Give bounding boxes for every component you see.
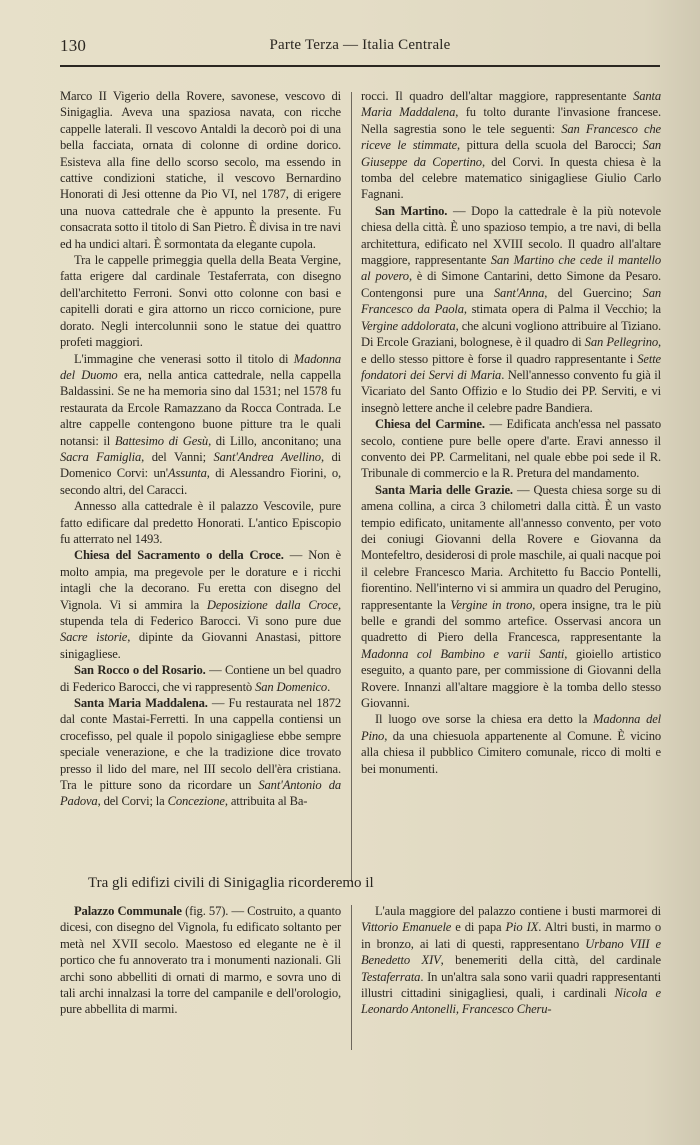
- paragraph-aula-maggiore: L'aula maggiore del palazzo contiene i b…: [361, 903, 661, 1018]
- section-intro: Tra gli edifizi civili di Sinigaglia ric…: [60, 875, 660, 892]
- paragraph-cathedral-history: Marco II Vigerio della Rovere, savonese,…: [60, 88, 341, 252]
- paragraph-san-martino: San Martino. — Dopo la cattedrale è la p…: [361, 203, 661, 416]
- section-heading: San Rocco o del Rosario.: [74, 663, 206, 677]
- bottom-left-column: Palazzo Communale (fig. 57). — Costruito…: [60, 903, 341, 1018]
- section-heading: Santa Maria delle Grazie.: [375, 483, 513, 497]
- paragraph-madonna-del-pino: Il luogo ove sorse la chiesa era detto l…: [361, 711, 661, 777]
- section-heading: Santa Maria Maddalena.: [74, 696, 208, 710]
- paragraph-maddalena-continued: rocci. Il quadro dell'altar maggiore, ra…: [361, 88, 661, 203]
- section-heading: Chiesa del Sacramento o della Croce.: [74, 548, 284, 562]
- paragraph-palazzo-vescovile: Annesso alla cattedrale è il palazzo Ves…: [60, 498, 341, 547]
- paragraph-santa-maria-maddalena: Santa Maria Maddalena. — Fu restaurata n…: [60, 695, 341, 810]
- running-title: Parte Terza — Italia Centrale: [60, 37, 660, 54]
- paragraph-madonna-del-duomo: L'immagine che venerasi sotto il titolo …: [60, 351, 341, 499]
- book-page: 130 Parte Terza — Italia Centrale Marco …: [0, 0, 700, 1145]
- column-divider: [351, 92, 352, 882]
- running-header: 130 Parte Terza — Italia Centrale: [60, 36, 660, 58]
- paragraph-santa-maria-grazie: Santa Maria delle Grazie. — Questa chies…: [361, 482, 661, 712]
- section-heading: San Martino.: [375, 204, 447, 218]
- paragraph-chiesa-sacramento: Chiesa del Sacramento o della Croce. — N…: [60, 547, 341, 662]
- paragraph-san-rocco: San Rocco o del Rosario. — Contiene un b…: [60, 662, 341, 695]
- paragraph-cappella-beata-vergine: Tra le cappelle primeggia quella della B…: [60, 252, 341, 350]
- left-column: Marco II Vigerio della Rovere, savonese,…: [60, 88, 341, 810]
- section-heading: Chiesa del Carmine.: [375, 417, 485, 431]
- section-heading: Palazzo Communale: [74, 904, 182, 918]
- right-column: rocci. Il quadro dell'altar maggiore, ra…: [361, 88, 661, 777]
- paragraph-palazzo-communale: Palazzo Communale (fig. 57). — Costruito…: [60, 903, 341, 1018]
- header-rule: [60, 65, 660, 67]
- bottom-right-column: L'aula maggiore del palazzo contiene i b…: [361, 903, 661, 1018]
- paragraph-chiesa-carmine: Chiesa del Carmine. — Edificata anch'ess…: [361, 416, 661, 482]
- column-divider-bottom: [351, 905, 352, 1050]
